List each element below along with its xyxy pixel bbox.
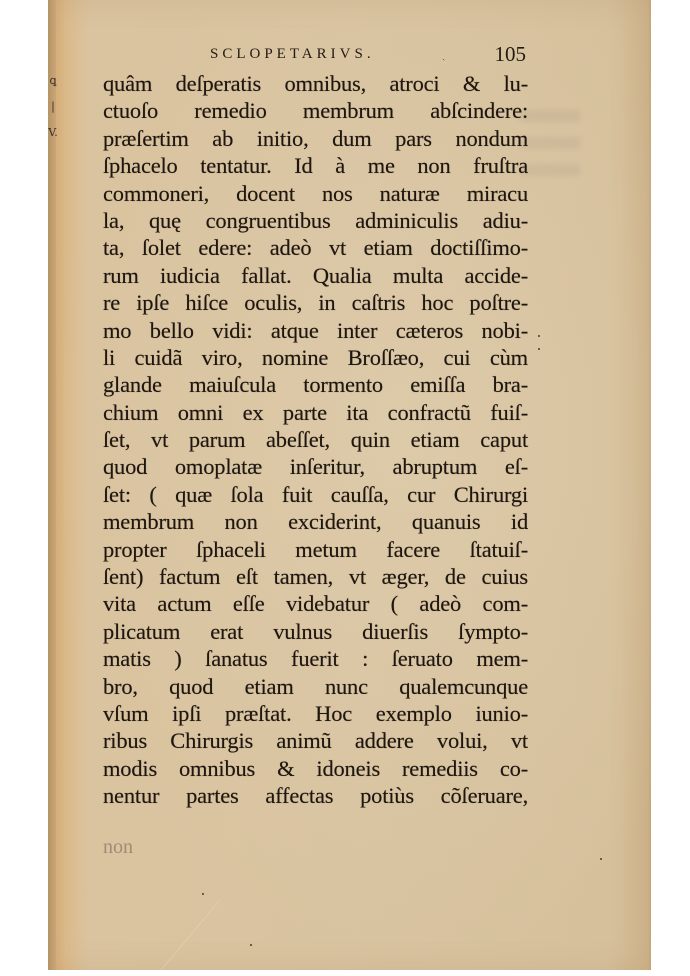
text-line: glande maiuſcula tormento emiſſa bra- <box>103 371 528 398</box>
text-line: commoneri, docent nos naturæ miracu <box>103 180 528 207</box>
text-line: nentur partes affectas potiùs cõſeruare, <box>103 782 528 809</box>
text-line: membrum non exciderint, quanuis id <box>103 508 528 535</box>
text-line: quod omoplatæ inſeritur, abruptum eſ- <box>103 453 528 480</box>
paper-speck <box>600 858 602 860</box>
margin-mark: V. <box>48 120 58 146</box>
text-line: mo bello vidi: atque inter cæteros nobi- <box>103 317 528 344</box>
paper-speck <box>202 893 204 895</box>
text-line: ſphacelo tentatur. Id à me non fruſtra <box>103 152 528 179</box>
paper-speck <box>538 335 540 337</box>
text-line: ſet, vt parum abeſſet, quin etiam caput <box>103 426 528 453</box>
text-line: vſum ipſi præſtat. Hoc exemplo iunio- <box>103 700 528 727</box>
text-line: la, quę congruentibus adminiculis adiu- <box>103 207 528 234</box>
text-line: chium omni ex parte ita confractũ fuiſ- <box>103 399 528 426</box>
scan-viewport: ꝗ | V. SCLOPETARIVS. ˏ 105 quâm deſperat… <box>0 0 690 976</box>
catchword: non <box>103 836 133 859</box>
text-line: modis omnibus & idoneis remediis co- <box>103 755 528 782</box>
margin-mark: | <box>48 94 58 120</box>
text-line: ſet: ( quæ ſola fuit cauſſa, cur Chirurg… <box>103 481 528 508</box>
text-line: vita actum eſſe videbatur ( adeò com- <box>103 590 528 617</box>
text-line: matis ) ſanatus fuerit : ſeruato mem- <box>103 645 528 672</box>
ink-showthrough <box>520 110 580 190</box>
text-line: propter ſphaceli metum facere ſtatuiſ- <box>103 536 528 563</box>
text-line: præſertim ab initio, dum pars nondum <box>103 125 528 152</box>
left-margin-marks: ꝗ | V. <box>48 68 58 146</box>
text-line: bro, quod etiam nunc qualemcunque <box>103 673 528 700</box>
text-line: ſent) factum eſt tamen, vt æger, de cuiu… <box>103 563 528 590</box>
text-line: plicatum erat vulnus diuerſis ſympto- <box>103 618 528 645</box>
text-line: rum iudicia fallat. Qualia multa accide- <box>103 262 528 289</box>
running-title: SCLOPETARIVS. <box>210 46 375 63</box>
margin-mark: ꝗ <box>48 68 58 94</box>
page-number: 105 <box>495 42 527 67</box>
text-line: li cuidã viro, nomine Broſſæo, cui cùm <box>103 344 528 371</box>
text-line: ribus Chirurgis animũ addere volui, vt <box>103 727 528 754</box>
paper-speck <box>538 348 540 350</box>
text-line: ta, ſolet edere: adeò vt etiam doctiſſim… <box>103 234 528 261</box>
paper-speck <box>250 944 252 946</box>
text-line: re ipſe hiſce oculis, in caſtris hoc poſ… <box>103 289 528 316</box>
text-line: quâm deſperatis omnibus, atroci & lu- <box>103 70 528 97</box>
running-head: SCLOPETARIVS. ˏ 105 <box>100 44 530 66</box>
body-text: quâm deſperatis omnibus, atroci & lu- ct… <box>103 70 528 810</box>
text-line: ctuoſo remedio membrum abſcindere: <box>103 97 528 124</box>
ink-speck: ˏ <box>442 50 445 61</box>
